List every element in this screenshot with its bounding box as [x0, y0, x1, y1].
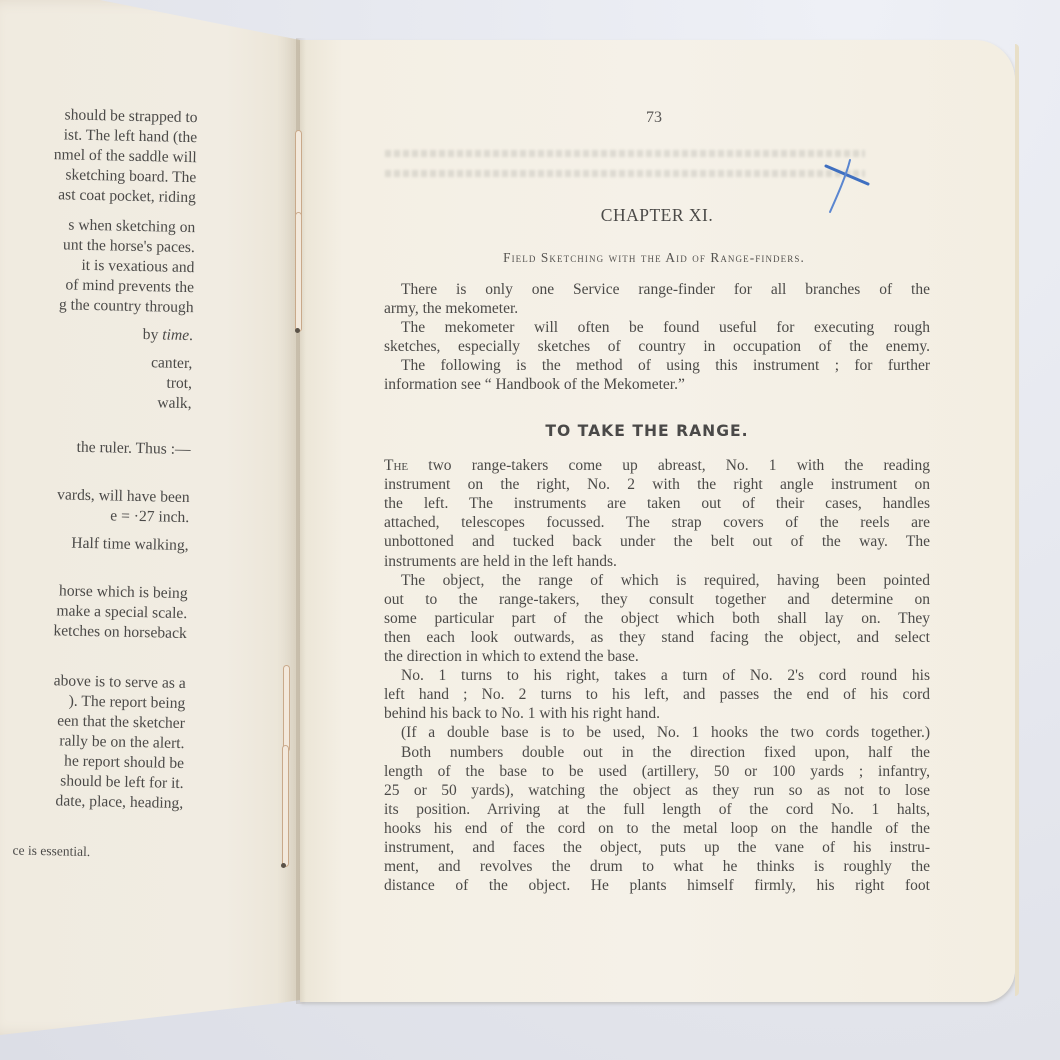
left-page-line: nmel of the saddle will [54, 145, 197, 167]
text-line: the left. The instruments are taken out … [384, 495, 930, 513]
left-page-line: sketching board. The [65, 165, 196, 187]
left-page-line: he report should be [64, 752, 184, 774]
left-page-line: rally be on the alert. [59, 731, 185, 753]
left-page-line: date, place, heading, [55, 791, 183, 813]
text-line: Both numbers double out in the direction… [384, 744, 930, 762]
show-through-text [385, 170, 865, 177]
text-line: instrument, and faces the object, puts u… [384, 839, 930, 857]
text-line: The object, the range of which is requir… [384, 572, 930, 590]
text-line: (If a double base is to be used, No. 1 h… [384, 724, 930, 742]
text-line: ment, and revolves the drum to what he t… [384, 858, 930, 876]
left-page-line: e = ·27 inch. [110, 506, 189, 527]
left-page-line: above is to serve as a [53, 671, 185, 693]
binding-thread [295, 212, 302, 332]
left-page-line: ). The report being [68, 692, 185, 714]
left-page-line: Half time walking, [71, 534, 189, 556]
text-line: instrument on the right, No. 2 with the … [384, 476, 930, 494]
left-page-line: ketches on horseback [53, 621, 187, 643]
text-line: 25 or 50 yards), watching the object as … [384, 782, 930, 800]
left-page-line: it is vexatious and [81, 256, 194, 278]
left-page-line: trot, [166, 374, 192, 394]
binding-thread [282, 745, 289, 867]
text-line: left hand ; No. 2 turns to his left, and… [384, 686, 930, 704]
text-line: There is only one Service range-finder f… [384, 281, 930, 299]
left-page-line: unt the horse's paces. [63, 235, 195, 257]
binding-knot [281, 863, 286, 868]
text-line: length of the base to be used (artillery… [384, 763, 930, 781]
left-page-text: should be strapped toist. The left hand … [0, 0, 200, 1004]
left-page-line: should be strapped to [64, 105, 197, 127]
left-page-line: walk, [157, 393, 192, 413]
text-line: some particular part of the object which… [384, 610, 930, 628]
left-page-line: by time. [143, 325, 194, 345]
text-line: information see “ Handbook of the Mekome… [384, 376, 930, 394]
text-line: sketches, especially sketches of country… [384, 338, 930, 356]
text-line: army, the mekometer. [384, 300, 930, 318]
left-page-line: g the country through [59, 295, 194, 317]
left-page-line: make a special scale. [56, 601, 187, 623]
text-line: instruments are held in the left hands. [384, 553, 930, 571]
text-line: out to the range-takers, they consult to… [384, 591, 930, 609]
text-line: No. 1 turns to his right, takes a turn o… [384, 667, 930, 685]
show-through-text [385, 150, 865, 157]
left-page-line: of mind prevents the [65, 275, 194, 297]
left-page-line: the ruler. Thus :— [76, 438, 190, 460]
left-page-line: should be left for it. [60, 771, 184, 793]
left-page-line: ist. The left hand (the [63, 125, 197, 147]
text-line: The following is the method of using thi… [384, 357, 930, 375]
left-page-line: horse which is being [59, 581, 188, 603]
text-line: its position. Arriving at the full lengt… [384, 801, 930, 819]
left-page-line: canter, [151, 353, 193, 373]
text-line: behind his back to No. 1 with his right … [384, 705, 930, 723]
left-page-line: ast coat pocket, riding [58, 185, 196, 207]
page-number: 73 [646, 108, 662, 127]
text-line: unbottoned and tucked back under the bel… [384, 533, 930, 551]
section-heading: TO TAKE THE RANGE. [290, 422, 1004, 441]
text-line: the direction in which to extend the bas… [384, 648, 930, 666]
text-line: The mekometer will often be found useful… [384, 319, 930, 337]
left-page-line: s when sketching on [68, 215, 195, 237]
text-line: distance of the object. He plants himsel… [384, 877, 930, 895]
text-line: attached, telescopes focussed. The strap… [384, 514, 930, 532]
binding-thread [283, 665, 290, 752]
chapter-subtitle: Field Sketching with the Aid of Range-fi… [296, 248, 1012, 267]
text-line: then each look outwards, as they stand f… [384, 629, 930, 647]
left-page-line: ce is essential. [12, 840, 90, 861]
left-page-line: een that the sketcher [57, 711, 185, 733]
binding-knot [295, 328, 300, 333]
text-line: The two range-takers come up abreast, No… [384, 457, 930, 475]
left-page-line: vards, will have been [57, 485, 190, 507]
text-line: hooks his end of the cord on to the meta… [384, 820, 930, 838]
chapter-title: CHAPTER XI. [300, 206, 1014, 225]
